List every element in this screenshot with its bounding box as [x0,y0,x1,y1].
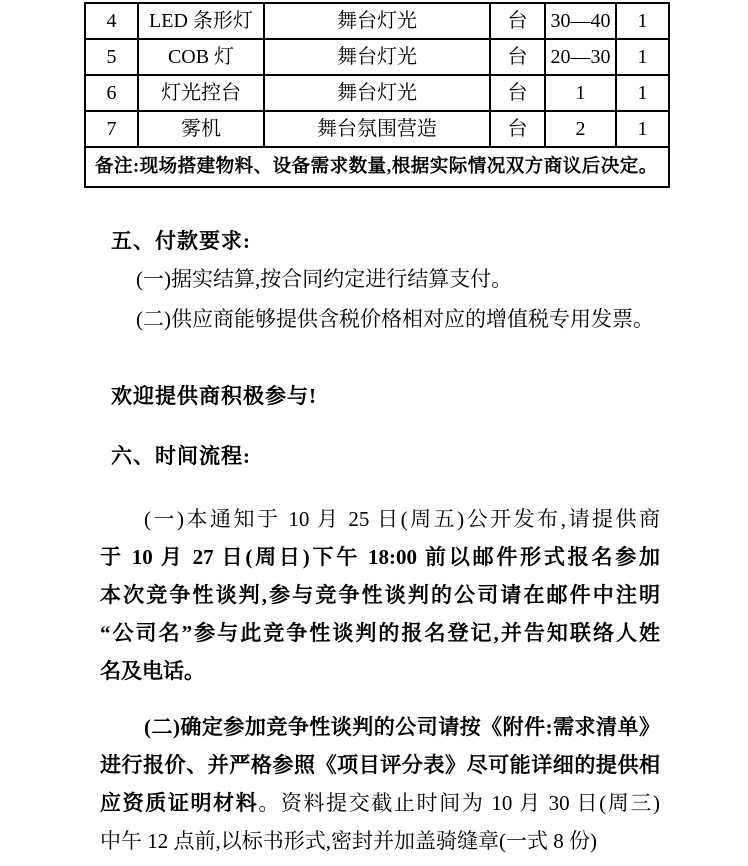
cell-unit: 台 [490,75,545,111]
table-row: 4 LED 条形灯 舞台灯光 台 30—40 1 [85,3,669,39]
table-row: 7 雾机 舞台氛围营造 台 2 1 [85,111,669,147]
section6-paragraph1: (一)本通知于 10 月 25 日(周五)公开发布,请提供商 于 10 月 27… [100,500,660,690]
table-note: 备注:现场搭建物料、设备需求数量,根据实际情况双方商议后决定。 [85,147,669,187]
para1-line2: 于 10 月 27 日(周日)下午 18:00 前以邮件形式报名参加 [100,538,660,576]
para2-line4: 中午 12 点前,以标书形式,密封并加盖骑缝章(一式 8 份) [100,822,660,860]
para2-line3: 应资质证明材料。资料提交截止时间为 10 月 30 日(周三) [100,784,660,822]
cell-amount: 1 [616,3,669,39]
cell-name: LED 条形灯 [138,3,264,39]
cell-seq: 6 [85,75,138,111]
para1-line4: “公司名”参与此竞争性谈判的报名登记,并告知联络人姓 [100,614,660,652]
cell-unit: 台 [490,111,545,147]
para1-line1: (一)本通知于 10 月 25 日(周五)公开发布,请提供商 [100,500,660,538]
section6-paragraph2: (二)确定参加竞争性谈判的公司请按《附件:需求清单》 进行报价、并严格参照《项目… [100,708,660,860]
para1-line3: 本次竞争性谈判,参与竞争性谈判的公司请在邮件中注明 [100,576,660,614]
para1-line5: 名及电话。 [100,652,660,690]
section5-item2: (二)供应商能够提供含税价格相对应的增值税专用发票。 [136,307,654,331]
cell-qty: 30—40 [545,3,616,39]
cell-qty: 20—30 [545,39,616,75]
cell-purpose: 舞台灯光 [264,75,490,111]
document-page: 4 LED 条形灯 舞台灯光 台 30—40 1 5 COB 灯 舞台灯光 台 … [0,0,748,866]
cell-unit: 台 [490,39,545,75]
cell-name: COB 灯 [138,39,264,75]
cell-unit: 台 [490,3,545,39]
section5-heading: 五、付款要求: [111,229,251,253]
cell-purpose: 舞台灯光 [264,39,490,75]
table-row: 5 COB 灯 舞台灯光 台 20—30 1 [85,39,669,75]
para2-line2: 进行报价、并严格参照《项目评分表》尽可能详细的提供相 [100,746,660,784]
para2-line3-regular-part: 。资料提交截止时间为 10 月 30 日(周三) [258,791,660,815]
para2-line1: (二)确定参加竞争性谈判的公司请按《附件:需求清单》 [100,708,660,746]
table-row: 6 灯光控台 舞台灯光 台 1 1 [85,75,669,111]
table-note-row: 备注:现场搭建物料、设备需求数量,根据实际情况双方商议后决定。 [85,147,669,187]
cell-name: 灯光控台 [138,75,264,111]
para2-line3-bold-part: 应资质证明材料 [100,791,258,815]
equipment-table: 4 LED 条形灯 舞台灯光 台 30—40 1 5 COB 灯 舞台灯光 台 … [84,2,670,188]
cell-purpose: 舞台氛围营造 [264,111,490,147]
cell-amount: 1 [616,111,669,147]
cell-qty: 2 [545,111,616,147]
cell-seq: 5 [85,39,138,75]
cell-amount: 1 [616,75,669,111]
cell-qty: 1 [545,75,616,111]
cell-seq: 7 [85,111,138,147]
section6-heading: 六、时间流程: [111,444,251,468]
cell-amount: 1 [616,39,669,75]
section5-item1: (一)据实结算,按合同约定进行结算支付。 [136,267,512,291]
cell-seq: 4 [85,3,138,39]
cell-name: 雾机 [138,111,264,147]
welcome-line: 欢迎提供商积极参与! [111,384,317,408]
cell-purpose: 舞台灯光 [264,3,490,39]
